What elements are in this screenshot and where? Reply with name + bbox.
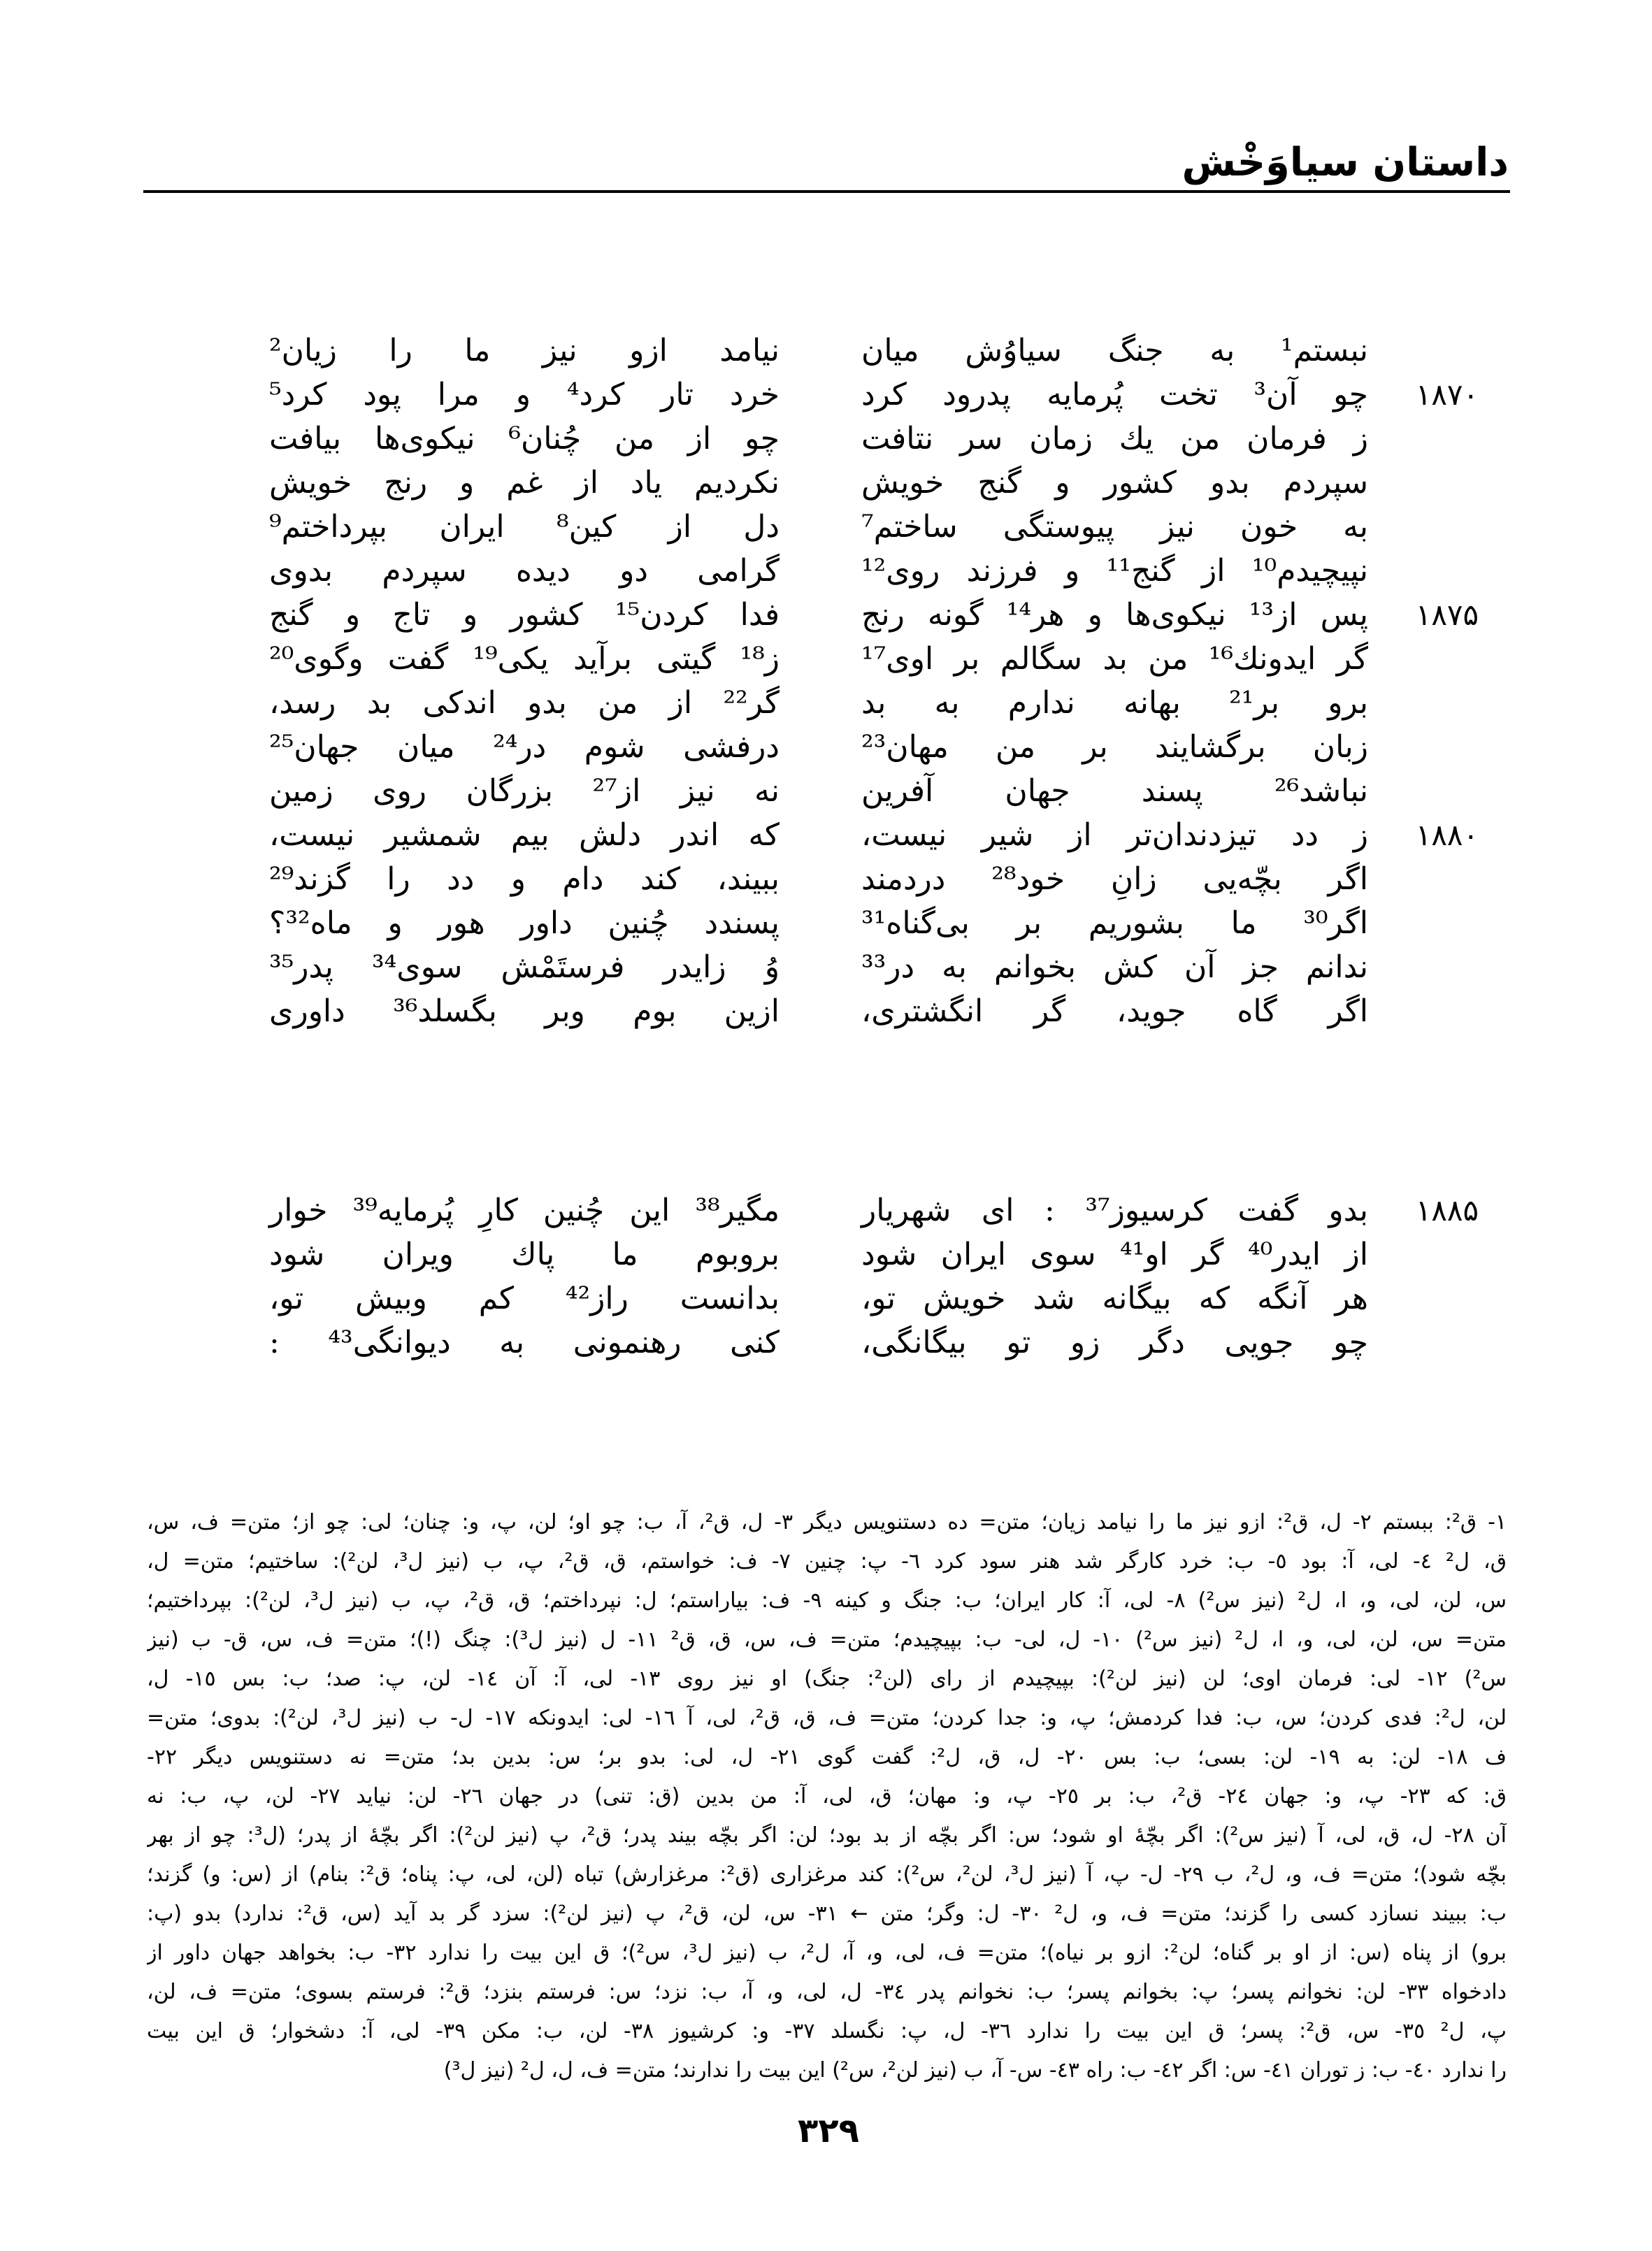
hemistich-first: بدو گفت کرسیوز³⁷ : ای شهریار (861, 1188, 1368, 1233)
critical-apparatus-footnotes: ۱- ق²: ببستم ۲- ل، ق²: ازو نیز ما را نیا… (147, 1503, 1507, 2090)
verse-row: بدو گفت کرسیوز³⁷ : ای شهریار مگیر³⁸ این … (0, 1188, 1652, 1233)
footnote-line: بچّه شود)؛ متن= ف، و، ل²، ب ۲۹- ل- پ، آ … (147, 1855, 1507, 1894)
verse-number: ۱۸۷۰ (1381, 373, 1479, 417)
verse-row: پس از¹³ نیکوی‌ها و هر¹⁴ گونه رنج فدا کرد… (0, 593, 1652, 638)
footnote-line: ق، ل² ٤- لی، آ: بود ٥- ب: خرد کارگر شد ه… (147, 1542, 1507, 1581)
hemistich-second: خرد تار کرد⁴ و مرا پود کرد⁵ (269, 373, 780, 417)
hemistich-second: ز¹⁸ گیتی برآید یکی¹⁹ گفت وگوی²⁰ (269, 637, 780, 682)
verse-row: اگر بچّه‌یی زانِ خود²⁸ دردمند ببیند، کند… (0, 857, 1652, 902)
hemistich-first: ز فرمان من یك زمان سر نتافت (861, 417, 1368, 461)
verse-row: سپردم بدو کشور و گنج خویش نکردیم یاد از … (0, 461, 1652, 505)
hemistich-first: نپیچیدم¹⁰ از گنج¹¹ و فرزند روی¹² (861, 549, 1368, 594)
footnote-line: دادخواه ۳۳- لن: نخوانم پسر؛ پ: بخوانم پس… (147, 1973, 1507, 2012)
hemistich-first: اگر³⁰ ما بشوریم بر بی‌گناه³¹ (861, 901, 1368, 946)
hemistich-first: ز دد تیزدندان‌تر از شیر نیست، (861, 813, 1368, 858)
verse-row: زبان برگشایند بر من مهان²³ درفشی شوم در²… (0, 725, 1652, 770)
verse-number: ۱۸۸۰ (1381, 813, 1479, 858)
header-rule (143, 190, 1510, 193)
hemistich-first: هر آنگه که بیگانه شد خویش تو، (861, 1276, 1368, 1321)
hemistich-first: زبان برگشایند بر من مهان²³ (861, 725, 1368, 770)
hemistich-second: پسندد چُنین داور هور و ماه³²؟ (269, 901, 780, 946)
hemistich-second: دل از کین⁸ ایران بپرداختم⁹ (269, 505, 780, 549)
verse-row: ز دد تیزدندان‌تر از شیر نیست، که اندر دل… (0, 813, 1652, 858)
verse-row: هر آنگه که بیگانه شد خویش تو، بدانست راز… (0, 1276, 1652, 1321)
hemistich-first: گر ایدونك¹⁶ من بد سگالم بر اوی¹⁷ (861, 637, 1368, 682)
footnote-line: لن، ل²: فدی کردن؛ س، ب: فدا کردمش؛ پ، و:… (147, 1699, 1507, 1738)
verse-row: به خون نیز پیوستگی ساختم⁷ دل از کین⁸ ایر… (0, 505, 1652, 549)
verse-row: برو بر²¹ بهانه ندارم به بد گر²² از من بد… (0, 681, 1652, 726)
verse-row: اگر³⁰ ما بشوریم بر بی‌گناه³¹ پسندد چُنین… (0, 901, 1652, 946)
verse-row: نبستم¹ به جنگ سیاوُش میان نیامد ازو نیز … (0, 329, 1652, 373)
hemistich-second: که اندر دلش بیم شمشیر نیست، (269, 813, 780, 858)
footnote-line: پ، ل² ۳٥- س، ق²: پسر؛ ق این بیت را ندارد… (147, 2012, 1507, 2051)
hemistich-second: بروبوم ما پاك ویران شود (269, 1232, 780, 1277)
verse-row: گر ایدونك¹⁶ من بد سگالم بر اوی¹⁷ ز¹⁸ گیت… (0, 637, 1652, 682)
footnote-line: س²) ۱۲- لی: فرمان اوی؛ لن (نیز لن²): بپی… (147, 1660, 1507, 1699)
verse-number: ۱۸۷۵ (1381, 593, 1479, 638)
page-number: ۳۲۹ (783, 2111, 874, 2150)
hemistich-first: ندانم جز آن کش بخوانم به در³³ (861, 945, 1368, 990)
hemistich-second: نکردیم یاد از غم و رنج خویش (269, 461, 780, 505)
hemistich-first: نبستم¹ به جنگ سیاوُش میان (861, 329, 1368, 373)
hemistich-first: از ایدر⁴⁰ گر او⁴¹ سوی ایران شود (861, 1232, 1368, 1277)
footnote-line: ف ۱۸- لن: به ۱۹- لن: بسی؛ ب: بس ۲۰- ل، ق… (147, 1738, 1507, 1777)
hemistich-second: ازین بوم وبر بگسلد³⁶ داوری (269, 989, 780, 1034)
footnote-line: ب: ببیند نسازد کسی را گزند؛ متن= ف، و، ل… (147, 1894, 1507, 1934)
hemistich-second: نیامد ازو نیز ما را زیان² (269, 329, 780, 373)
running-header-title: داستان سیاوَخْش (1182, 140, 1509, 185)
hemistich-second: بدانست راز⁴² کم وبیش تو، (269, 1276, 780, 1321)
hemistich-second: مگیر³⁸ این چُنین کارِ پُرمایه³⁹ خوار (269, 1188, 780, 1233)
verse-row: چو جویی دگر زو تو بیگانگی، کنی رهنمونی ب… (0, 1321, 1652, 1365)
footnote-line: آن ۲۸- ل، ق، لی، آ (نیز س²): اگر بچّهٔ ا… (147, 1816, 1507, 1855)
hemistich-second: درفشی شوم در²⁴ میان جهان²⁵ (269, 725, 780, 770)
hemistich-second: گر²² از من بدو اندکی بد رسد، (269, 681, 780, 726)
verse-number: ۱۸۸۵ (1381, 1188, 1479, 1233)
hemistich-first: اگر بچّه‌یی زانِ خود²⁸ دردمند (861, 857, 1368, 902)
verse-row: اگر گاه جوید، گر انگشتری، ازین بوم وبر ب… (0, 989, 1652, 1034)
hemistich-first: اگر گاه جوید، گر انگشتری، (861, 989, 1368, 1034)
footnote-line: ق: که ۲۳- پ، و: جهان ۲٤- ق²، ب: بر ۲٥- پ… (147, 1777, 1507, 1816)
hemistich-first: چو آن³ تخت پُرمایه پدرود کرد (861, 373, 1368, 417)
hemistich-second: فدا کردن¹⁵ کشور و تاج و گنج (269, 593, 780, 638)
hemistich-second: نه نیز از²⁷ بزرگان روی زمین (269, 769, 780, 814)
footnote-line: متن= س، لن، لی، و، ا، ل² (نیز س²) ۱۰- ل،… (147, 1620, 1507, 1660)
hemistich-first: پس از¹³ نیکوی‌ها و هر¹⁴ گونه رنج (861, 593, 1368, 638)
verse-row: نباشد²⁶ پسند جهان آفرین نه نیز از²⁷ بزرگ… (0, 769, 1652, 814)
verse-row: چو آن³ تخت پُرمایه پدرود کرد خرد تار کرد… (0, 373, 1652, 417)
hemistich-first: نباشد²⁶ پسند جهان آفرین (861, 769, 1368, 814)
hemistich-second: وُ زایدر فرستَمْش سوی³⁴ پدر³⁵ (269, 945, 780, 990)
hemistich-second: چو از من چُنان⁶ نیکوی‌ها بیافت (269, 417, 780, 461)
verse-row: نپیچیدم¹⁰ از گنج¹¹ و فرزند روی¹² گرامی د… (0, 549, 1652, 594)
footnote-line: ۱- ق²: ببستم ۲- ل، ق²: ازو نیز ما را نیا… (147, 1503, 1507, 1542)
footnote-line: را ندارد ٤۰- ب: ز توران ٤۱- س: اگر ٤۲- ب… (147, 2051, 1507, 2090)
hemistich-first: به خون نیز پیوستگی ساختم⁷ (861, 505, 1368, 549)
verse-row: از ایدر⁴⁰ گر او⁴¹ سوی ایران شود بروبوم م… (0, 1232, 1652, 1277)
hemistich-second: کنی رهنمونی به دیوانگی⁴³ : (269, 1321, 780, 1365)
hemistich-first: چو جویی دگر زو تو بیگانگی، (861, 1321, 1368, 1365)
footnote-line: برو) از پناه (س: از او بر گناه؛ لن²: ازو… (147, 1934, 1507, 1973)
hemistich-first: سپردم بدو کشور و گنج خویش (861, 461, 1368, 505)
footnote-line: س، لن، لی، و، ا، ل² (نیز س²) ۸- لی، آ: ک… (147, 1581, 1507, 1620)
verse-row: ندانم جز آن کش بخوانم به در³³ وُ زایدر ف… (0, 945, 1652, 990)
hemistich-first: برو بر²¹ بهانه ندارم به بد (861, 681, 1368, 726)
verse-row: ز فرمان من یك زمان سر نتافت چو از من چُن… (0, 417, 1652, 461)
hemistich-second: ببیند، کند دام و دد را گزند²⁹ (269, 857, 780, 902)
hemistich-second: گرامی دو دیده سپردم بدوی (269, 549, 780, 594)
